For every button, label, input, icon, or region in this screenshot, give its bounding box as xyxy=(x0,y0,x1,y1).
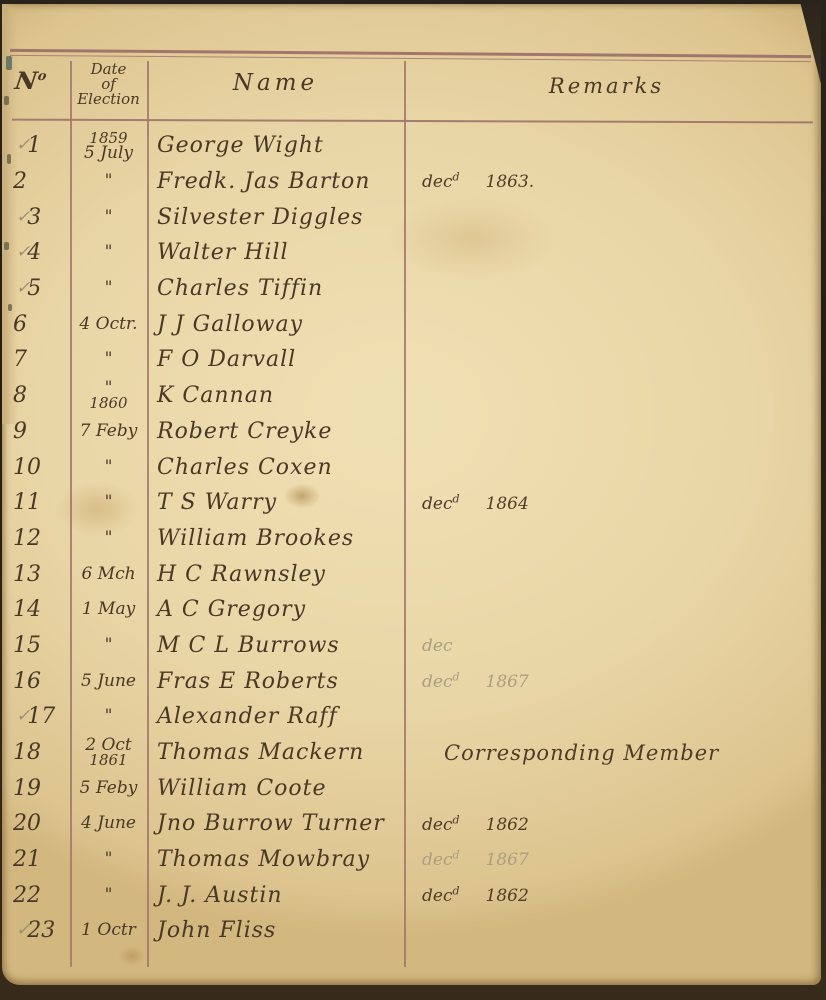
member-number-cell: 9 xyxy=(2,419,70,444)
member-number-cell: 21 xyxy=(2,847,70,872)
member-number: 21 xyxy=(13,847,41,872)
remark-text xyxy=(404,208,448,228)
election-date: " xyxy=(70,352,147,367)
table-row: ✓4 " Walter Hill xyxy=(2,235,809,271)
remark-text: decd1862 xyxy=(404,886,529,906)
remark-text xyxy=(404,351,448,371)
remarks-cell xyxy=(404,563,809,585)
remarks-cell xyxy=(404,135,809,157)
election-date-cell: 5 June xyxy=(70,674,147,689)
member-number: 19 xyxy=(13,776,41,801)
register-rows: ✓1 1859 5 July George Wight 2 " Fredk. J… xyxy=(2,128,809,949)
election-date-cell: 4 June xyxy=(70,816,147,831)
table-row: 16 5 June Fras E Roberts decd1867 xyxy=(2,663,809,699)
remark-word: dec xyxy=(422,850,452,870)
table-row: ✓3 " Silvester Diggles xyxy=(2,199,809,235)
election-date: 6 Mch xyxy=(70,567,147,582)
table-row: 7 " F O Darvall xyxy=(2,342,809,378)
table-row: 19 5 Feby William Coote xyxy=(2,770,809,806)
remark-superscript: d xyxy=(452,813,459,826)
remarks-cell: decd1862 xyxy=(404,813,809,835)
election-date-cell: 1 Octr xyxy=(70,923,147,938)
remarks-cell xyxy=(404,349,809,371)
table-row: 18 2 Oct 1861 Thomas Mackern Correspondi… xyxy=(2,735,809,771)
table-row: 13 6 Mch H C Rawnsley xyxy=(2,556,809,592)
remarks-cell xyxy=(404,777,809,799)
member-number-cell: 19 xyxy=(2,776,70,801)
member-number-cell: ✓1 xyxy=(2,133,70,158)
member-number: 5 xyxy=(27,276,41,301)
remarks-cell: dec xyxy=(404,635,809,657)
member-name: T S Warry xyxy=(147,490,404,515)
remark-text xyxy=(404,601,448,621)
member-number: 23 xyxy=(27,918,55,943)
remarks-cell: decd1862 xyxy=(404,884,809,906)
election-date: " xyxy=(70,281,147,296)
remark-superscript: d xyxy=(452,884,459,897)
election-date-cell: 4 Octr. xyxy=(70,317,147,332)
election-date: 5 Feby xyxy=(70,781,147,796)
remark-text xyxy=(404,386,448,406)
election-date-cell: " xyxy=(70,210,147,225)
photographed-ledger: No Date of Election Name Remarks ✓1 1859… xyxy=(0,0,826,1000)
remarks-cell xyxy=(404,421,809,443)
member-name: K Cannan xyxy=(147,383,404,408)
remark-text: decd1862 xyxy=(404,815,529,835)
election-date: " xyxy=(70,638,147,653)
election-date-cell: " xyxy=(70,531,147,546)
remarks-cell: Corresponding Member xyxy=(404,741,809,765)
election-date-cell: 1859 5 July xyxy=(70,131,147,161)
member-number-cell: 6 xyxy=(2,312,70,337)
member-number: 14 xyxy=(13,597,41,622)
table-row: 14 1 May A C Gregory xyxy=(2,592,809,628)
member-number-cell: 22 xyxy=(2,883,70,908)
year-annotation-below: 1861 xyxy=(70,753,147,768)
member-name: William Brookes xyxy=(147,526,404,551)
member-number-cell: 14 xyxy=(2,597,70,622)
remark-year: 1862 xyxy=(486,886,529,906)
member-number-cell: 10 xyxy=(2,455,70,480)
member-name: Fredk. Jas Barton xyxy=(147,169,404,194)
member-number: 18 xyxy=(13,740,41,765)
remark-text: decd1864 xyxy=(404,494,529,514)
member-name: Thomas Mackern xyxy=(147,740,404,765)
member-name: Charles Coxen xyxy=(147,455,404,480)
remark-superscript: d xyxy=(452,171,459,184)
column-header-name: Name xyxy=(147,58,404,120)
column-header-no: No xyxy=(0,58,74,120)
member-name: J. J. Austin xyxy=(147,883,404,908)
member-name: Charles Tiffin xyxy=(147,276,404,301)
member-name: M C L Burrows xyxy=(147,633,404,658)
remark-year: 1862 xyxy=(486,815,529,835)
member-number: 22 xyxy=(13,883,41,908)
table-row: ✓17 " Alexander Raff xyxy=(2,699,809,735)
election-date-cell: 5 Feby xyxy=(70,781,147,796)
member-name: Alexander Raff xyxy=(147,704,404,729)
member-number-cell: 11 xyxy=(2,490,70,515)
remark-word: dec xyxy=(422,172,452,192)
member-number: 11 xyxy=(13,490,41,515)
member-number-cell: ✓23 xyxy=(2,918,70,943)
remarks-cell xyxy=(404,242,809,264)
remark-text xyxy=(404,137,448,157)
member-number-cell: 16 xyxy=(2,669,70,694)
member-number: 2 xyxy=(13,169,27,194)
member-number: 9 xyxy=(13,419,27,444)
remark-text: decd1867 xyxy=(404,672,529,692)
member-number: 8 xyxy=(13,383,27,408)
remark-superscript: d xyxy=(452,849,459,862)
remark-text xyxy=(404,422,448,442)
election-date: " xyxy=(70,709,147,724)
election-date-cell: " xyxy=(70,174,147,189)
table-row: 12 " William Brookes xyxy=(2,521,809,557)
remarks-cell xyxy=(404,385,809,407)
member-number-cell: 18 xyxy=(2,740,70,765)
member-number-cell: 2 xyxy=(2,169,70,194)
election-date: 4 Octr. xyxy=(70,317,147,332)
remarks-cell xyxy=(404,313,809,335)
election-date: 7 Feby xyxy=(70,424,147,439)
remark-word: Corresponding Member xyxy=(444,741,719,765)
remark-superscript: d xyxy=(452,492,459,505)
member-number: 16 xyxy=(13,669,41,694)
remark-year: 1864 xyxy=(486,494,529,514)
election-date: " xyxy=(70,531,147,546)
table-row: 15 " M C L Burrows dec xyxy=(2,628,809,664)
election-date: " xyxy=(70,852,147,867)
table-row: 8 " 1860 K Cannan xyxy=(2,378,809,414)
remark-text xyxy=(404,244,448,264)
remarks-cell xyxy=(404,278,809,300)
election-date-cell: " xyxy=(70,460,147,475)
remark-year: 1863. xyxy=(486,172,535,192)
election-date-cell: " xyxy=(70,852,147,867)
election-date: 1 Octr xyxy=(70,923,147,938)
election-date: 4 June xyxy=(70,816,147,831)
remark-text: decd1863. xyxy=(404,172,534,192)
election-date: 5 July xyxy=(70,146,147,161)
member-number: 1 xyxy=(27,133,41,158)
member-name: William Coote xyxy=(147,776,404,801)
election-date: " xyxy=(70,888,147,903)
table-row: 21 " Thomas Mowbray decd1867 xyxy=(2,842,809,878)
register-page: No Date of Election Name Remarks ✓1 1859… xyxy=(2,4,821,985)
member-name: Thomas Mowbray xyxy=(147,847,404,872)
member-name: F O Darvall xyxy=(147,347,404,372)
election-date-cell: 6 Mch xyxy=(70,567,147,582)
election-date: 5 June xyxy=(70,674,147,689)
remark-text xyxy=(404,458,448,478)
remark-word: dec xyxy=(422,494,452,514)
remarks-cell: decd1867 xyxy=(404,849,809,871)
remarks-cell xyxy=(404,528,809,550)
remark-year: 1867 xyxy=(486,850,529,870)
table-row: ✓1 1859 5 July George Wight xyxy=(2,128,809,164)
election-date-cell: " xyxy=(70,245,147,260)
election-date: " xyxy=(70,495,147,510)
member-number-cell: 20 xyxy=(2,811,70,836)
remark-text: dec xyxy=(404,636,478,656)
remark-text: Corresponding Member xyxy=(404,741,745,765)
election-date-cell: 2 Oct 1861 xyxy=(70,738,147,768)
year-annotation-below: 1860 xyxy=(70,396,147,411)
election-date: " xyxy=(70,174,147,189)
member-name: Walter Hill xyxy=(147,240,404,265)
election-date: " xyxy=(70,210,147,225)
member-number-cell: ✓17 xyxy=(2,704,70,729)
column-header-date-of-election: Date of Election xyxy=(70,58,147,120)
table-row: 11 " T S Warry decd1864 xyxy=(2,485,809,521)
member-name: George Wight xyxy=(147,133,404,158)
remarks-cell xyxy=(404,599,809,621)
remark-text xyxy=(404,279,448,299)
remark-word: dec xyxy=(422,636,452,656)
table-row: 22 " J. J. Austin decd1862 xyxy=(2,877,809,913)
remark-text xyxy=(404,565,448,585)
remarks-cell: decd1867 xyxy=(404,670,809,692)
remarks-cell xyxy=(404,206,809,228)
member-number-cell: ✓4 xyxy=(2,240,70,265)
member-number: 20 xyxy=(13,811,41,836)
member-name: Jno Burrow Turner xyxy=(147,811,404,836)
election-date-cell: " xyxy=(70,495,147,510)
member-number: 6 xyxy=(13,312,27,337)
remark-text xyxy=(404,779,448,799)
election-date: 1 May xyxy=(70,602,147,617)
member-number: 3 xyxy=(27,205,41,230)
member-number: 13 xyxy=(13,562,41,587)
table-row: ✓5 " Charles Tiffin xyxy=(2,271,809,307)
member-number-cell: 13 xyxy=(2,562,70,587)
remark-text xyxy=(404,315,448,335)
table-row: ✓23 1 Octr John Fliss xyxy=(2,913,809,949)
remark-text: decd1867 xyxy=(404,850,529,870)
election-date-cell: " 1860 xyxy=(70,381,147,411)
member-name: J J Galloway xyxy=(147,312,404,337)
election-date-cell: " xyxy=(70,888,147,903)
member-number-cell: 8 xyxy=(2,383,70,408)
remarks-cell xyxy=(404,456,809,478)
remark-text xyxy=(404,922,448,942)
table-row: 2 " Fredk. Jas Barton decd1863. xyxy=(2,164,809,200)
member-name: A C Gregory xyxy=(147,597,404,622)
remark-text xyxy=(404,708,448,728)
table-row: 10 " Charles Coxen xyxy=(2,449,809,485)
election-date-cell: 7 Feby xyxy=(70,424,147,439)
member-number-cell: 15 xyxy=(2,633,70,658)
remark-text xyxy=(404,529,448,549)
member-name: John Fliss xyxy=(147,918,404,943)
remark-superscript: d xyxy=(452,670,459,683)
election-date-cell: " xyxy=(70,709,147,724)
column-header-remarks: Remarks xyxy=(404,58,809,120)
remarks-cell xyxy=(404,920,809,942)
table-row: 6 4 Octr. J J Galloway xyxy=(2,306,809,342)
remark-word: dec xyxy=(422,815,452,835)
election-date: " xyxy=(70,245,147,260)
member-name: Fras E Roberts xyxy=(147,669,404,694)
remarks-cell: decd1864 xyxy=(404,492,809,514)
member-name: Silvester Diggles xyxy=(147,205,404,230)
member-number-cell: 12 xyxy=(2,526,70,551)
remark-word: dec xyxy=(422,886,452,906)
member-number: 12 xyxy=(13,526,41,551)
remark-year: 1867 xyxy=(486,672,529,692)
member-number-cell: ✓3 xyxy=(2,205,70,230)
member-name: Robert Creyke xyxy=(147,419,404,444)
remarks-cell xyxy=(404,706,809,728)
election-date-cell: " xyxy=(70,638,147,653)
member-number: 17 xyxy=(27,704,55,729)
election-date-cell: 1 May xyxy=(70,602,147,617)
member-number: 7 xyxy=(13,347,27,372)
member-number: 10 xyxy=(13,455,41,480)
election-date: " xyxy=(70,460,147,475)
election-date-cell: " xyxy=(70,281,147,296)
remark-word: dec xyxy=(422,672,452,692)
member-number: 4 xyxy=(27,240,41,265)
table-row: 9 7 Feby Robert Creyke xyxy=(2,414,809,450)
table-header: No Date of Election Name Remarks xyxy=(2,58,809,120)
member-number-cell: 7 xyxy=(2,347,70,372)
member-name: H C Rawnsley xyxy=(147,562,404,587)
member-number: 15 xyxy=(13,633,41,658)
member-number-cell: ✓5 xyxy=(2,276,70,301)
election-date-cell: " xyxy=(70,352,147,367)
table-row: 20 4 June Jno Burrow Turner decd1862 xyxy=(2,806,809,842)
remarks-cell: decd1863. xyxy=(404,171,809,193)
